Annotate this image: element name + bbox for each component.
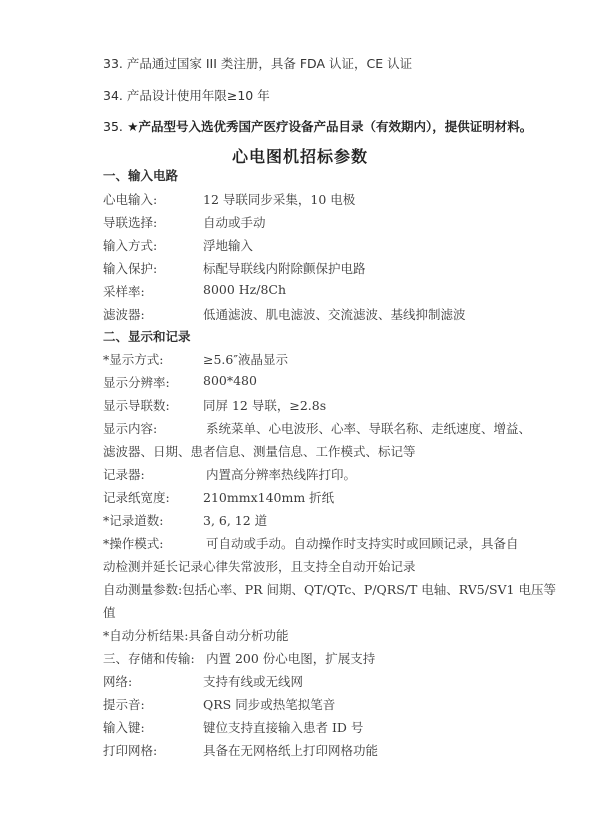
item-number: 35.: [103, 119, 123, 134]
param-label: *记录道数:: [103, 511, 163, 529]
param-row: 输入键: 键位支持直接输入患者 ID 号: [103, 718, 145, 736]
item-33: 33. 产品通过国家 III 类注册，具备 FDA 认证，CE 认证: [103, 54, 412, 72]
param-value: 可自动或手动。自动操作时支持实时或回顾记录，具备自: [206, 534, 519, 552]
param-row: 显示内容: 系统菜单、心电波形、心率、导联名称、走纸速度、增益、: [103, 419, 157, 437]
param-row: 网络: 支持有线或无线网: [103, 672, 132, 690]
param-row: 提示音: QRS 同步或热笔拟笔音: [103, 695, 145, 713]
section-heading-display-record: 二、显示和记录: [103, 327, 191, 345]
param-row: 输入方式: 浮地输入: [103, 236, 157, 254]
param-row: 心电输入: 12 导联同步采集，10 电极: [103, 190, 157, 208]
param-row: 记录纸宽度: 210mmx140mm 折纸: [103, 488, 170, 506]
param-label: 滤波器:: [103, 305, 145, 323]
param-continuation: 值: [103, 603, 116, 621]
param-value: 包括心率、PR 间期、QT/QTc、P/QRS/T 电轴、RV5/SV1 电压等: [182, 582, 556, 597]
document-title: 心电图机招标参数: [0, 144, 600, 167]
param-label: 自动测量参数:: [103, 582, 182, 597]
section-heading-input-circuit: 一、输入电路: [103, 166, 178, 184]
param-value: 内置 200 份心电图，扩展支持: [206, 649, 375, 667]
document-page: 33. 产品通过国家 III 类注册，具备 FDA 认证，CE 认证 34. 产…: [0, 0, 600, 825]
item-number: 33.: [103, 56, 123, 71]
param-value: 支持有线或无线网: [203, 672, 303, 690]
param-label: 提示音:: [103, 695, 145, 713]
param-value: 自动或手动: [203, 213, 266, 231]
param-row: 输入保护: 标配导联线内附除颤保护电路: [103, 259, 157, 277]
param-label: 显示分辨率:: [103, 373, 170, 391]
param-continuation: 动检测并延长记录心律失常波形，且支持全自动开始记录: [103, 557, 416, 575]
param-row: 采样率: 8000 Hz/8Ch: [103, 282, 145, 300]
param-row: *操作模式: 可自动或手动。自动操作时支持实时或回顾记录，具备自: [103, 534, 163, 552]
param-label: 导联选择:: [103, 213, 157, 231]
param-label: 记录器:: [103, 465, 145, 483]
param-row-inline: *自动分析结果:具备自动分析功能: [103, 626, 288, 644]
param-row: 显示导联数: 同屏 12 导联，≥2.8s: [103, 396, 170, 414]
param-value: 800*480: [203, 373, 257, 388]
param-value: 低通滤波、肌电滤波、交流滤波、基线抑制滤波: [203, 305, 466, 323]
param-label: 显示内容:: [103, 419, 157, 437]
param-row: 记录器: 内置高分辨率热线阵打印。: [103, 465, 145, 483]
param-value: QRS 同步或热笔拟笔音: [203, 695, 335, 713]
item-35: 35. ★产品型号入选优秀国产医疗设备产品目录（有效期内），提供证明材料。: [103, 117, 532, 135]
param-value: 键位支持直接输入患者 ID 号: [203, 718, 363, 736]
param-value: 浮地输入: [203, 236, 253, 254]
param-continuation: 滤波器、日期、患者信息、测量信息、工作模式、标记等: [103, 442, 416, 460]
param-value: 同屏 12 导联，≥2.8s: [203, 396, 326, 414]
param-label: 心电输入:: [103, 190, 157, 208]
param-row: 打印网格: 具备在无网格纸上打印网格功能: [103, 741, 157, 759]
param-value: 系统菜单、心电波形、心率、导联名称、走纸速度、增益、: [206, 419, 531, 437]
section-heading-storage: 三、存储和传输:: [103, 649, 195, 667]
param-row-inline: 自动测量参数:包括心率、PR 间期、QT/QTc、P/QRS/T 电轴、RV5/…: [103, 580, 556, 598]
param-value: 210mmx140mm 折纸: [203, 488, 334, 506]
param-label: 输入保护:: [103, 259, 157, 277]
item-34: 34. 产品设计使用年限≥10 年: [103, 86, 270, 104]
param-value: 12 导联同步采集，10 电极: [203, 190, 355, 208]
item-text: ★产品型号入选优秀国产医疗设备产品目录（有效期内），提供证明材料。: [127, 119, 532, 134]
param-value: 具备在无网格纸上打印网格功能: [203, 741, 378, 759]
param-value: ≥5.6″液晶显示: [203, 350, 288, 368]
item-text: 产品通过国家 III 类注册，具备 FDA 认证，CE 认证: [127, 56, 412, 71]
param-label: 输入键:: [103, 718, 145, 736]
param-label: 网络:: [103, 672, 132, 690]
param-label: 打印网格:: [103, 741, 157, 759]
item-number: 34.: [103, 88, 123, 103]
param-value: 具备自动分析功能: [188, 628, 288, 643]
param-label: *操作模式:: [103, 534, 163, 552]
param-value: 3, 6, 12 道: [203, 511, 267, 529]
param-row: 导联选择: 自动或手动: [103, 213, 157, 231]
param-label: *显示方式:: [103, 350, 163, 368]
param-label: 显示导联数:: [103, 396, 170, 414]
param-row: 滤波器: 低通滤波、肌电滤波、交流滤波、基线抑制滤波: [103, 305, 145, 323]
param-value: 8000 Hz/8Ch: [203, 282, 286, 297]
item-text: 产品设计使用年限≥10 年: [127, 88, 270, 103]
param-value: 标配导联线内附除颤保护电路: [203, 259, 366, 277]
param-row: 显示分辨率: 800*480: [103, 373, 170, 391]
param-row: *显示方式: ≥5.6″液晶显示: [103, 350, 163, 368]
param-row: 三、存储和传输: 内置 200 份心电图，扩展支持: [103, 649, 195, 667]
param-label: 采样率:: [103, 282, 145, 300]
param-value: 内置高分辨率热线阵打印。: [206, 465, 356, 483]
param-label: *自动分析结果:: [103, 628, 188, 643]
param-label: 输入方式:: [103, 236, 157, 254]
param-row: *记录道数: 3, 6, 12 道: [103, 511, 163, 529]
param-label: 记录纸宽度:: [103, 488, 170, 506]
